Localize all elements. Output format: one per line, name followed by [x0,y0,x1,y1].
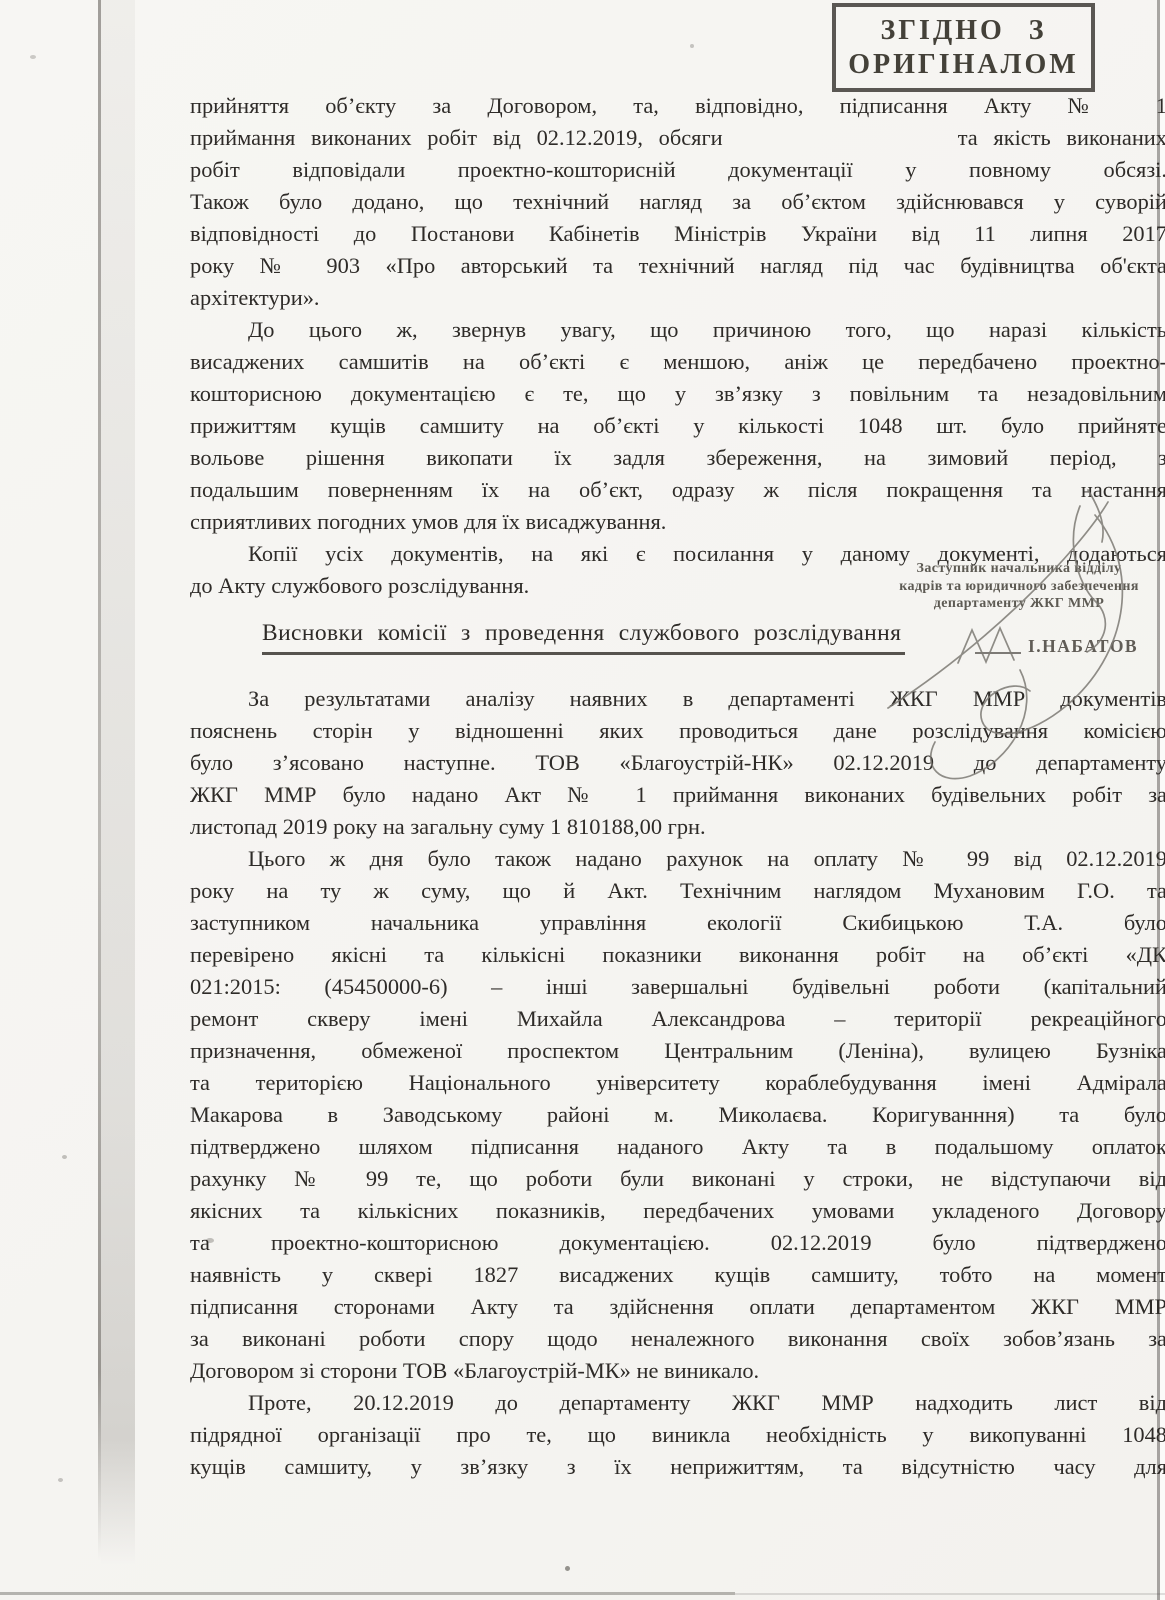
text-line: подальшим поверненням їх на об’єкт, одра… [190,474,1165,506]
text-line: кадрів та юридичного забезпечення [896,578,1142,596]
paragraph: прийняття об’єкту за Договором, та, відп… [190,90,1165,314]
text-line: Заступник начальника відділу [896,560,1142,578]
text-line: приймання виконаних робіт від 02.12.2019… [190,122,1165,154]
text-line: перевірено якісні та кількісні показники… [190,939,1165,971]
text-line: кущів самшиту, у зв’язку з їх неприжиття… [190,1451,1165,1483]
text-line: кошторисною документацією є те, що у зв’… [190,378,1165,410]
text-line: та проектно-кошторисною документацією. 0… [190,1227,1165,1259]
text-line: вольове рішення викопати їх задля збереж… [190,442,1165,474]
scanned-document-page: ЗГІДНО З ОРИГІНАЛОМ прийняття об’єкту за… [0,0,1165,1600]
text-line: року № 903 «Про авторський та технічний … [190,250,1165,282]
paragraph: Цього ж дня було також надано рахунок на… [190,843,1165,1387]
text-line: прийняття об’єкту за Договором, та, відп… [190,90,1165,122]
signature-rule [975,652,1021,654]
text-line: пояснень сторін у відношенні яких провод… [190,715,1165,747]
scan-speck [62,1155,67,1159]
stamp-line-1: ЗГІДНО З [844,14,1083,48]
text-line: За результатами аналізу наявних в департ… [190,683,1165,715]
text-line: архітектури». [190,282,1165,314]
scan-speck [565,1566,570,1571]
certification-stamp: ЗГІДНО З ОРИГІНАЛОМ [832,3,1095,92]
text-line: Макарова в Заводському районі м. Миколає… [190,1099,1165,1131]
scan-edge-bottom-faint [735,1593,1165,1595]
signatory-title-note: Заступник начальника відділукадрів та юр… [896,560,1142,613]
scan-crease-line [98,0,101,1560]
text-line: за виконані роботи спору щодо неналежног… [190,1323,1165,1355]
text-line: департаменту ЖКГ ММР [896,595,1142,613]
text-line: робіт відповідали проектно-кошторисній д… [190,154,1165,186]
text-line: Договором зі сторони ТОВ «Благоустрій-МК… [190,1355,1165,1387]
text-line: 021:2015: (45450000-6) – інші завершальн… [190,971,1165,1003]
scan-edge-bottom [0,1592,735,1595]
text-line: листопад 2019 року на загальну суму 1 81… [190,811,1165,843]
paragraph: До цього ж, звернув увагу, що причиною т… [190,314,1165,538]
text-line: Цього ж дня було також надано рахунок на… [190,843,1165,875]
text-line: та територією Національного університету… [190,1067,1165,1099]
text-line: було з’ясовано наступне. ТОВ «Благоустрі… [190,747,1165,779]
stamp-line-2: ОРИГІНАЛОМ [844,48,1083,82]
text-line: ЖКГ ММР було надано Акт № 1 приймання ви… [190,779,1165,811]
text-line: ремонт скверу імені Михайла Александрова… [190,1003,1165,1035]
text-line: заступником начальника управління еколог… [190,907,1165,939]
text-line: підрядної організації про те, що виникла… [190,1419,1165,1451]
document-body: прийняття об’єкту за Договором, та, відп… [190,90,1165,1483]
text-line: якісних та кількісних показників, передб… [190,1195,1165,1227]
text-line: підписання сторонами Акту та здійснення … [190,1291,1165,1323]
text-line: прижиттям кущів самшиту на об’єкті у кіл… [190,410,1165,442]
text-line: наявність у сквері 1827 висаджених кущів… [190,1259,1165,1291]
scan-crease-shadow [101,0,135,1565]
text-line: висаджених самшитів на об’єкті є меншою,… [190,346,1165,378]
paragraph: Проте, 20.12.2019 до департаменту ЖКГ ММ… [190,1387,1165,1483]
text-line: Також було додано, що технічний нагляд з… [190,186,1165,218]
text-line: рахунку № 99 те, що роботи були виконані… [190,1163,1165,1195]
scan-speck [58,1478,63,1482]
text-line: призначення, обмеженої проспектом Центра… [190,1035,1165,1067]
text-line: сприятливих погодних умов для їх висаджу… [190,506,1165,538]
text-line: підтверджено шляхом підписання наданого … [190,1131,1165,1163]
paragraph: За результатами аналізу наявних в департ… [190,683,1165,843]
text-line: Проте, 20.12.2019 до департаменту ЖКГ ММ… [190,1387,1165,1419]
text-line: року на ту ж суму, що й Акт. Технічним н… [190,875,1165,907]
scan-speck [30,55,36,59]
signatory-name: І.НАБАТОВ [1028,636,1138,657]
text-line: До цього ж, звернув увагу, що причиною т… [190,314,1165,346]
scan-speck [690,44,694,48]
text-line: відповідності до Постанови Кабінетів Мін… [190,218,1165,250]
section-heading: Висновки комісії з проведення службового… [262,620,905,655]
